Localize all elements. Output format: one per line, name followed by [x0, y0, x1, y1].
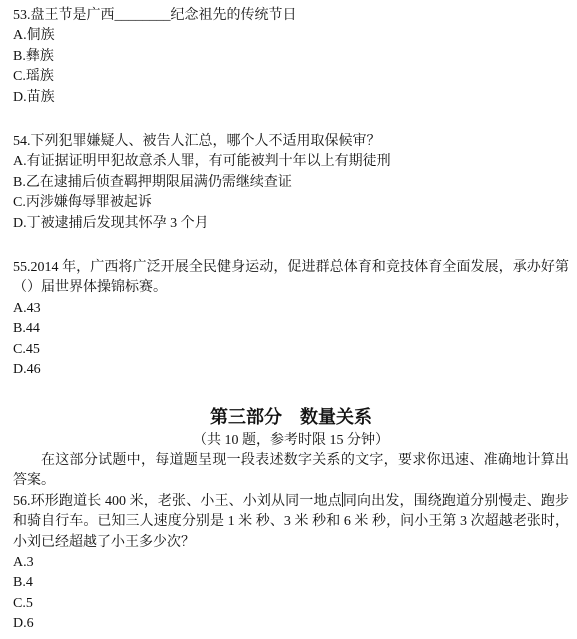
question-56-option-d: D.6	[13, 614, 569, 634]
question-56: 56.环形跑道长 400 米，老张、小王、小刘从同一地点同向出发，围绕跑道分别慢…	[13, 492, 569, 635]
section-title: 第三部分 数量关系	[13, 405, 569, 429]
question-56-option-a: A.3	[13, 553, 569, 573]
section-intro: 在这部分试题中，每道题呈现一段表述数字关系的文字，要求你迅速、准确地计算出答案。	[13, 451, 569, 492]
question-56-option-c: C.5	[13, 594, 569, 614]
question-56-text-before-caret: 56.环形跑道长 400 米，老张、小王、小刘从同一地点	[13, 494, 342, 509]
question-54-option-d: D.丁被逮捕后发现其怀孕 3 个月	[13, 214, 569, 234]
question-54-option-c: C.丙涉嫌侮辱罪被起诉	[13, 193, 569, 213]
question-54: 54.下列犯罪嫌疑人、被告人汇总，哪个人不适用取保候审？ A.有证据证明甲犯故意…	[13, 132, 569, 234]
question-53-text: 53.盘王节是广西________纪念祖先的传统节日	[13, 6, 569, 26]
question-55-option-a: A.43	[13, 299, 569, 319]
question-56-option-b: B.4	[13, 573, 569, 593]
exam-document-page: 53.盘王节是广西________纪念祖先的传统节日 A.侗族 B.彝族 C.瑶…	[0, 0, 577, 639]
question-55: 55.2014 年，广西将广泛开展全民健身运动，促进群总体育和竞技体育全面发展，…	[13, 258, 569, 380]
question-54-option-b: B.乙在逮捕后侦查羁押期限届满仍需继续查证	[13, 173, 569, 193]
question-54-text: 54.下列犯罪嫌疑人、被告人汇总，哪个人不适用取保候审？	[13, 132, 569, 152]
question-55-option-b: B.44	[13, 319, 569, 339]
question-53-option-d: D.苗族	[13, 88, 569, 108]
question-55-option-c: C.45	[13, 340, 569, 360]
question-56-text: 56.环形跑道长 400 米，老张、小王、小刘从同一地点同向出发，围绕跑道分别慢…	[13, 492, 569, 553]
question-53-option-b: B.彝族	[13, 47, 569, 67]
question-53-option-a: A.侗族	[13, 26, 569, 46]
question-54-option-a: A.有证据证明甲犯故意杀人罪，有可能被判十年以上有期徒刑	[13, 152, 569, 172]
section-meta: （共 10 题，参考时限 15 分钟）	[13, 431, 569, 451]
question-55-option-d: D.46	[13, 360, 569, 380]
section-header: 第三部分 数量关系 （共 10 题，参考时限 15 分钟）	[13, 405, 569, 451]
question-53-option-c: C.瑶族	[13, 67, 569, 87]
question-55-text: 55.2014 年，广西将广泛开展全民健身运动，促进群总体育和竞技体育全面发展，…	[13, 258, 569, 299]
question-53: 53.盘王节是广西________纪念祖先的传统节日 A.侗族 B.彝族 C.瑶…	[13, 6, 569, 108]
